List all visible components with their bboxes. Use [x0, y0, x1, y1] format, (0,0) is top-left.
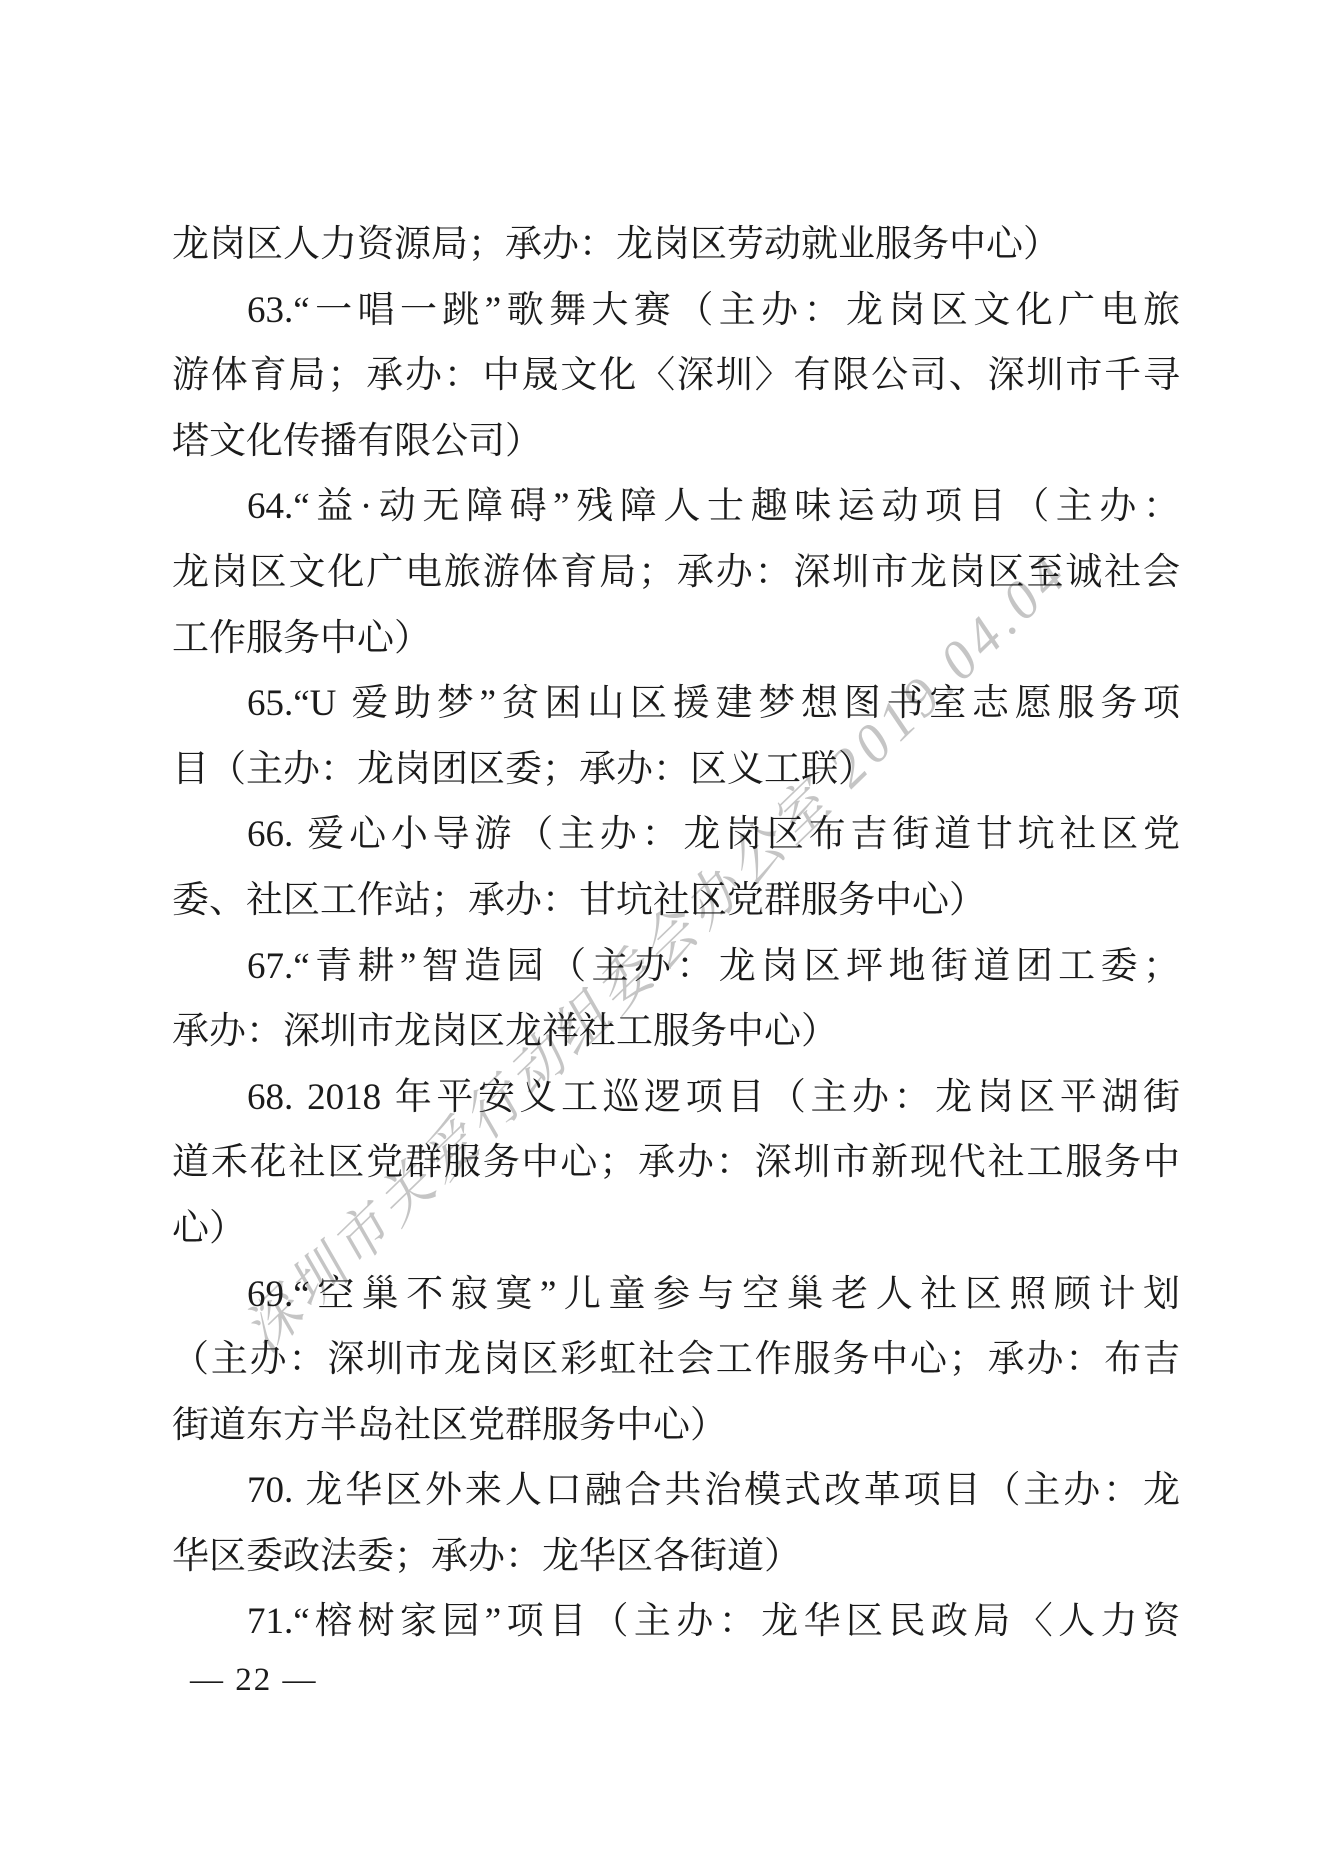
doc-line: 70. 龙华区外来人口融合共治模式改革项目（主办：龙: [172, 1458, 1180, 1524]
doc-line: 68. 2018 年平安义工巡逻项目（主办：龙岗区平湖街: [172, 1065, 1180, 1131]
doc-line: 承办：深圳市龙岗区龙祥社工服务中心）: [172, 999, 1180, 1065]
doc-line: 龙岗区人力资源局；承办：龙岗区劳动就业服务中心）: [172, 212, 1180, 278]
doc-line: 街道东方半岛社区党群服务中心）: [172, 1393, 1180, 1459]
doc-line: 67.“青耕”智造园（主办：龙岗区坪地街道团工委；: [172, 934, 1180, 1000]
text-block: 龙岗区人力资源局；承办：龙岗区劳动就业服务中心）63.“一唱一跳”歌舞大赛（主办…: [172, 212, 1180, 1655]
doc-line: 塔文化传播有限公司）: [172, 409, 1180, 475]
doc-line: 华区委政法委；承办：龙华区各街道）: [172, 1524, 1180, 1590]
doc-line: 69.“空巢不寂寞”儿童参与空巢老人社区照顾计划: [172, 1262, 1180, 1328]
doc-line: 63.“一唱一跳”歌舞大赛（主办：龙岗区文化广电旅: [172, 278, 1180, 344]
doc-line: 道禾花社区党群服务中心；承办：深圳市新现代社工服务中: [172, 1130, 1180, 1196]
doc-line: 委、社区工作站；承办：甘坑社区党群服务中心）: [172, 868, 1180, 934]
doc-line: 71.“榕树家园”项目（主办：龙华区民政局〈人力资: [172, 1589, 1180, 1655]
page-number: — 22 —: [190, 1660, 318, 1700]
doc-line: 工作服务中心）: [172, 606, 1180, 672]
doc-line: 目（主办：龙岗团区委；承办：区义工联）: [172, 737, 1180, 803]
document-page: 深圳市关爱行动组委会办公室 2019.04.04 龙岗区人力资源局；承办：龙岗区…: [0, 0, 1323, 1871]
doc-line: （主办：深圳市龙岗区彩虹社会工作服务中心；承办：布吉: [172, 1327, 1180, 1393]
doc-line: 心）: [172, 1196, 1180, 1262]
doc-line: 65.“U 爱助梦”贫困山区援建梦想图书室志愿服务项: [172, 671, 1180, 737]
doc-line: 66. 爱心小导游（主办：龙岗区布吉街道甘坑社区党: [172, 802, 1180, 868]
doc-line: 龙岗区文化广电旅游体育局；承办：深圳市龙岗区至诚社会: [172, 540, 1180, 606]
doc-line: 64.“益·动无障碍”残障人士趣味运动项目（主办：: [172, 474, 1180, 540]
doc-line: 游体育局；承办：中晟文化〈深圳〉有限公司、深圳市千寻: [172, 343, 1180, 409]
